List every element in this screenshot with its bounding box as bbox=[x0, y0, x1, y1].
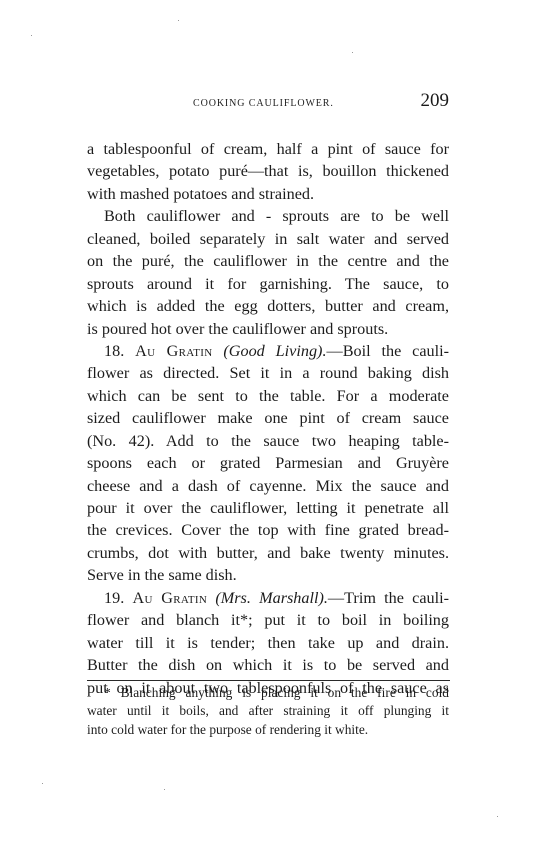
text-line: flower and blanch it*; put it to boil in… bbox=[87, 609, 449, 631]
footnote-line: water until it boils, and after strainin… bbox=[87, 702, 449, 720]
recipe-19-heading-line: 19. Au Gratin (Mrs. Marshall).—Trim the … bbox=[87, 587, 449, 609]
scan-speck bbox=[178, 20, 179, 21]
footnote-line: into cold water for the purpose of rende… bbox=[87, 721, 449, 739]
text-line: a tablespoonful of cream, half a pint of… bbox=[87, 138, 449, 160]
text-line: with mashed potatoes and strained. bbox=[87, 183, 449, 205]
text-line: sized cauliflower make one pint of cream… bbox=[87, 407, 449, 429]
recipe-title: Au Gratin bbox=[132, 589, 207, 607]
text-line: pour it over the cauliflower, letting it… bbox=[87, 497, 449, 519]
text-line: Both cauliflower and - sprouts are to be… bbox=[87, 205, 449, 227]
text-line: spoons each or grated Parmesian and Gruy… bbox=[87, 452, 449, 474]
text-line: the crevices. Cover the top with fine gr… bbox=[87, 519, 449, 541]
recipe-title: Au Gratin bbox=[135, 342, 212, 360]
scan-speck bbox=[42, 783, 43, 784]
running-head: COOKING CAULIFLOWER. 209 bbox=[87, 90, 449, 114]
text-line: is poured hot over the cauliflower and s… bbox=[87, 318, 449, 340]
footnote: * Blanching anything is placing it on th… bbox=[87, 684, 449, 739]
text-line: vegetables, potato puré—that is, bouillo… bbox=[87, 160, 449, 182]
text-line: which is added the egg dotters, butter a… bbox=[87, 295, 449, 317]
running-title: COOKING CAULIFLOWER. bbox=[193, 98, 334, 109]
text-line: crumbs, dot with butter, and bake twenty… bbox=[87, 542, 449, 564]
recipe-lead: —Boil the cauli- bbox=[327, 342, 450, 360]
recipe-number: 18. bbox=[104, 342, 124, 360]
text-line: cheese and a dash of cayenne. Mix the sa… bbox=[87, 475, 449, 497]
recipe-source: (Good Living). bbox=[223, 342, 326, 360]
recipe-source: (Mrs. Marshall). bbox=[215, 589, 328, 607]
body-text: a tablespoonful of cream, half a pint of… bbox=[87, 138, 449, 699]
footnote-rule bbox=[87, 680, 450, 681]
footnote-line: * Blanching anything is placing it on th… bbox=[87, 684, 449, 702]
text-line: which can be sent to the table. For a mo… bbox=[87, 385, 449, 407]
scan-speck bbox=[497, 816, 498, 817]
text-line: cleaned, boiled separately in salt water… bbox=[87, 228, 449, 250]
scan-speck bbox=[164, 789, 165, 790]
recipe-lead: —Trim the cauli- bbox=[328, 589, 449, 607]
text-line: Serve in the same dish. bbox=[87, 564, 449, 586]
book-page: COOKING CAULIFLOWER. 209 a tablespoonful… bbox=[0, 0, 552, 867]
recipe-number: 19. bbox=[104, 589, 124, 607]
scan-speck bbox=[31, 35, 32, 36]
scan-speck bbox=[352, 52, 353, 53]
text-line: Butter the dish on which it is to be ser… bbox=[87, 654, 449, 676]
text-line: sprouts around it for garnishing. The sa… bbox=[87, 273, 449, 295]
text-line: flower as directed. Set it in a round ba… bbox=[87, 362, 449, 384]
recipe-18-heading-line: 18. Au Gratin (Good Living).—Boil the ca… bbox=[87, 340, 449, 362]
page-number: 209 bbox=[421, 90, 450, 112]
text-line: on the puré, the cauliflower in the cent… bbox=[87, 250, 449, 272]
text-line: (No. 42). Add to the sauce two heaping t… bbox=[87, 430, 449, 452]
text-line: water till it is tender; then take up an… bbox=[87, 632, 449, 654]
